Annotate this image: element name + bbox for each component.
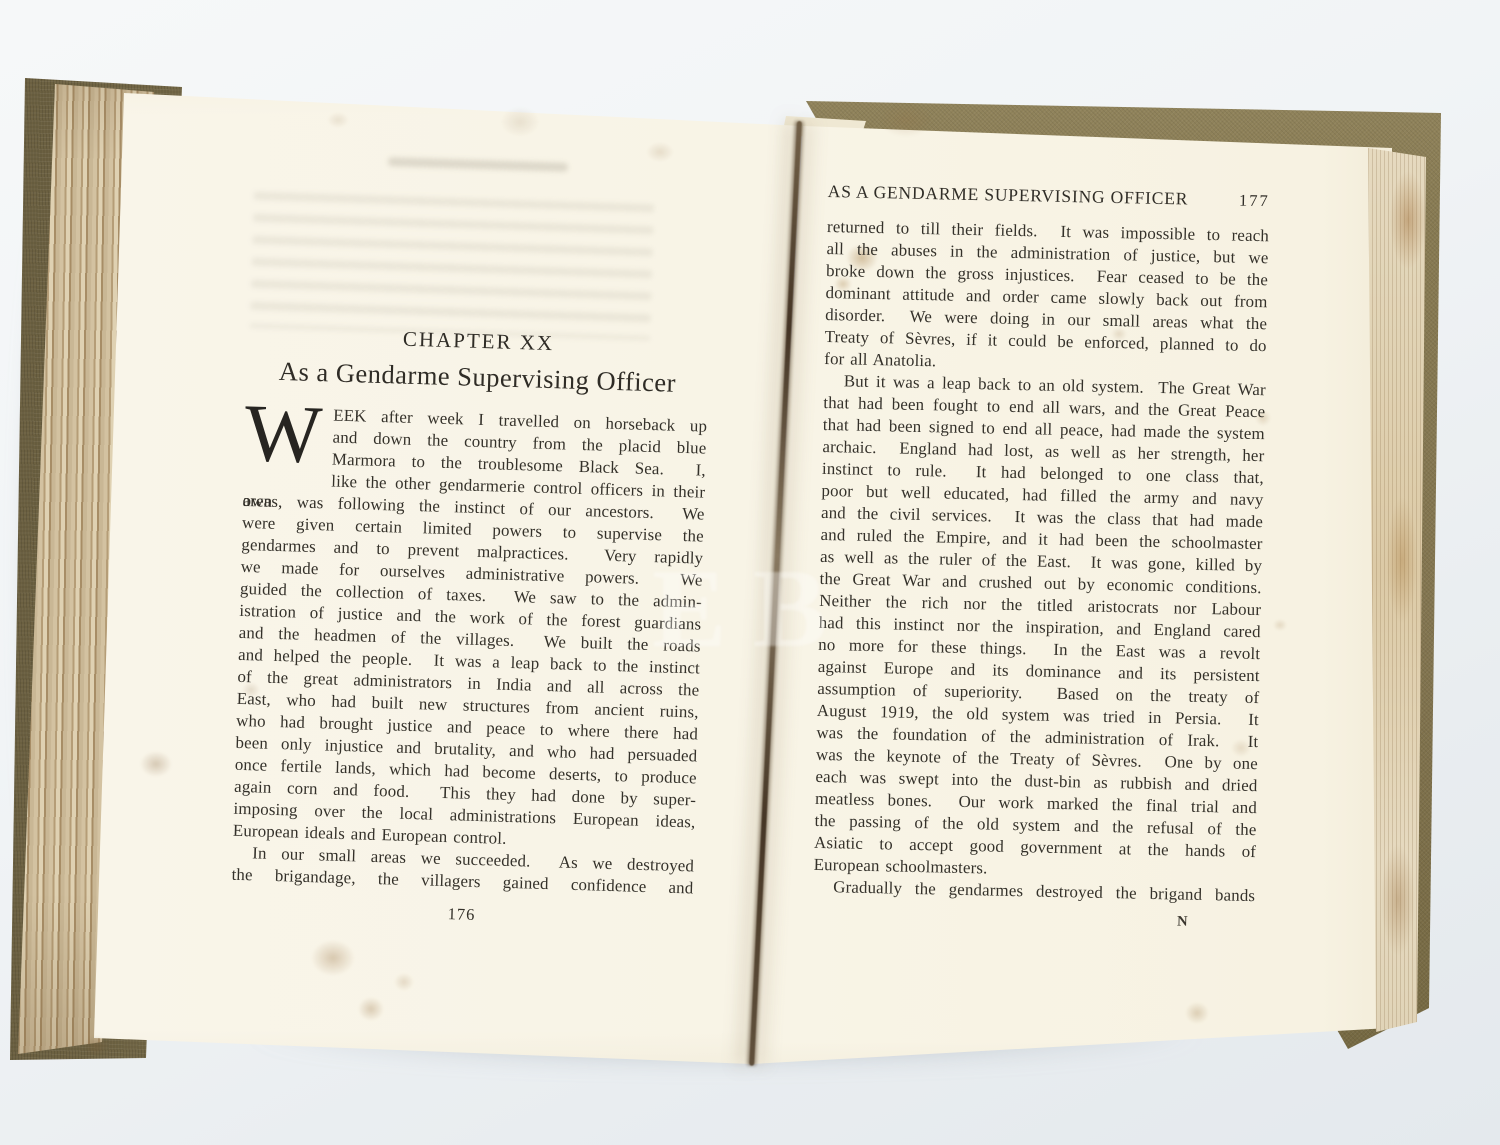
left-page-text: CHAPTER XX As a Gendarme Supervising Off… <box>230 322 709 931</box>
paragraph: But it was a leap back to an old system.… <box>813 370 1265 885</box>
paragraph: returned to till their fields. It was im… <box>824 216 1269 379</box>
right-page-text: AS A GENDARME SUPERVISING OFFICER 177 re… <box>812 181 1269 932</box>
right-page-body: returned to till their fields. It was im… <box>813 216 1269 907</box>
photo-watermark: EB <box>652 545 853 674</box>
paragraph: WEEK after week I travelled on horseback… <box>233 402 708 856</box>
show-through-text <box>250 192 654 340</box>
photo-background: CHAPTER XX As a Gendarme Supervising Off… <box>0 0 1500 1145</box>
right-page-number: 177 <box>1229 190 1270 211</box>
left-page-body: WEEK after week I travelled on horseback… <box>231 402 707 899</box>
drop-cap: W <box>244 402 334 472</box>
